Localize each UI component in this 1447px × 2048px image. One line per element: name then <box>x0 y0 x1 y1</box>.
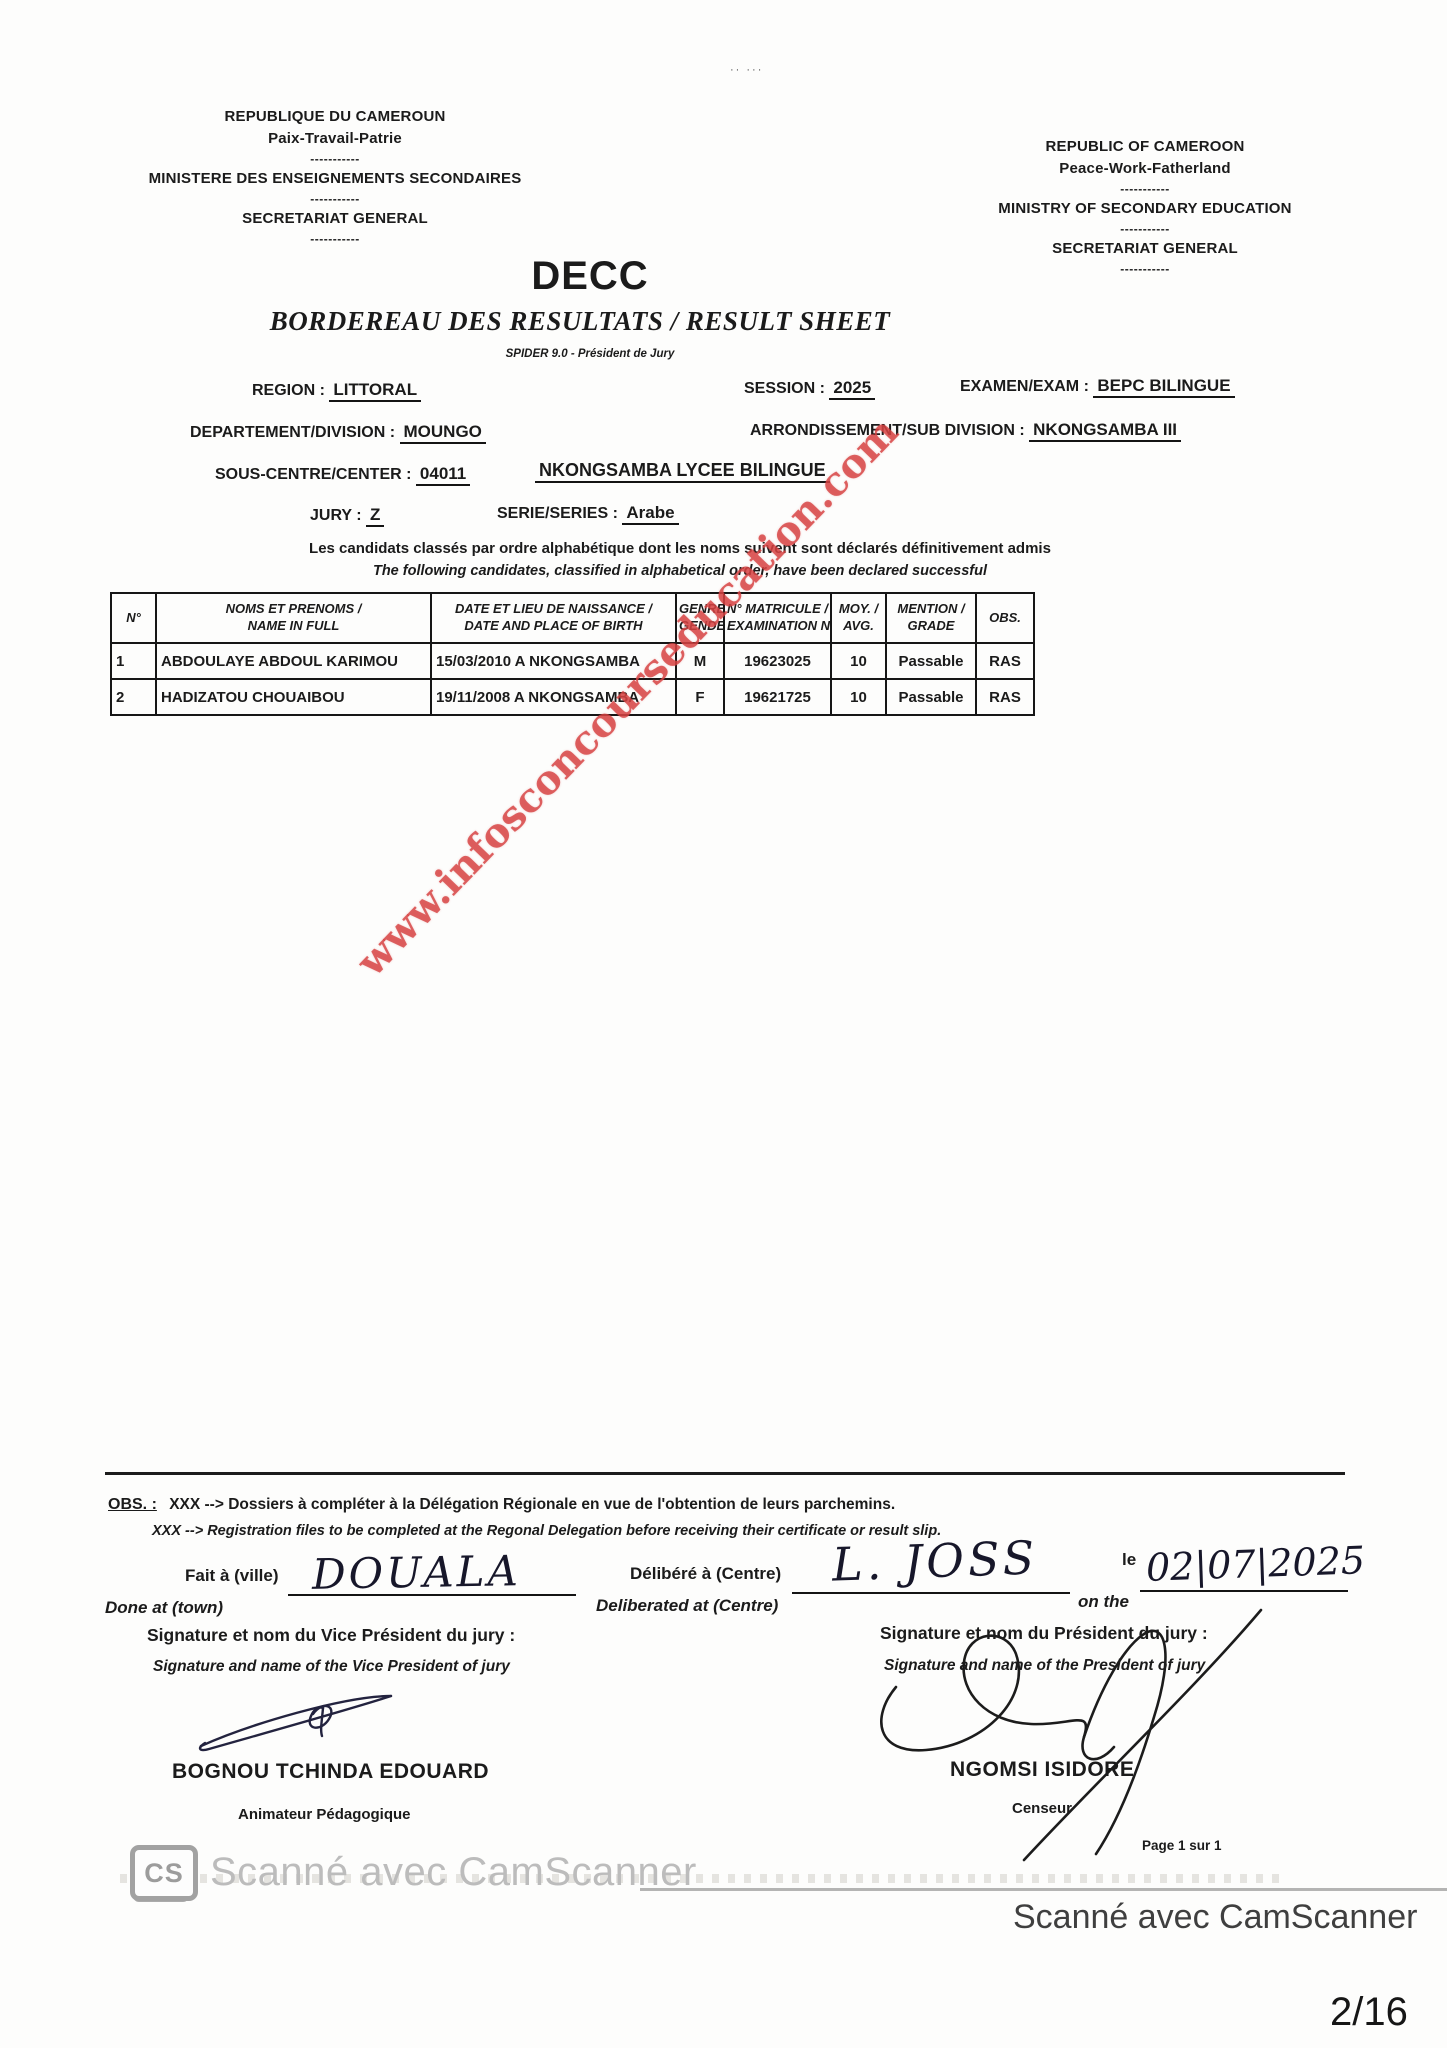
session-field: SESSION : 2025 <box>744 378 875 398</box>
exam-field: EXAMEN/EXAM : BEPC BILINGUE <box>960 376 1235 396</box>
obs-note-fr: OBS. : XXX --> Dossiers à compléter à la… <box>108 1496 895 1514</box>
cell-avg: 10 <box>831 679 886 715</box>
exam-board-acronym: DECC <box>430 254 750 299</box>
deliberated-label-en: Deliberated at (Centre) <box>596 1596 778 1616</box>
vice-president-title-fr: Signature et nom du Vice Président du ju… <box>147 1625 515 1646</box>
document-title: BORDEREAU DES RESULTATS / RESULT SHEET <box>230 306 930 337</box>
separator: ----------- <box>105 230 565 248</box>
camscanner-logo-icon: CS <box>130 1845 198 1901</box>
document-subtitle: SPIDER 9.0 - Président de Jury <box>390 348 790 360</box>
region-field: REGION : LITTORAL <box>252 380 421 400</box>
division-field: DEPARTEMENT/DIVISION : MOUNGO <box>190 422 486 442</box>
page-indicator: 2/16 <box>1330 1990 1408 2035</box>
done-at-handwritten-value: DOUALA <box>312 1546 522 1599</box>
obs-label: OBS. : <box>108 1496 157 1513</box>
camscanner-label-left: Scanné avec CamScanner <box>210 1850 697 1895</box>
cell-num: 2 <box>111 679 156 715</box>
obs-note-en: XXX --> Registration files to be complet… <box>152 1523 941 1539</box>
done-at-label-en: Done at (town) <box>105 1598 223 1618</box>
separator: ----------- <box>930 220 1360 238</box>
center-name-field: NKONGSAMBA LYCEE BILINGUE <box>535 460 830 481</box>
country-en: REPUBLIC OF CAMEROON <box>930 136 1360 158</box>
table-row: 1 ABDOULAYE ABDOUL KARIMOU 15/03/2010 A … <box>111 643 1034 679</box>
admission-notice-en: The following candidates, classified in … <box>230 563 1130 579</box>
jury-value: Z <box>366 505 384 527</box>
separator: ----------- <box>105 150 565 168</box>
session-label: SESSION : <box>744 380 825 397</box>
cell-grade: Passable <box>886 679 976 715</box>
center-label: SOUS-CENTRE/CENTER : <box>215 466 411 483</box>
session-value: 2025 <box>829 378 875 400</box>
series-label: SERIE/SERIES : <box>497 505 618 522</box>
done-at-label-fr: Fait à (ville) <box>185 1566 279 1586</box>
admission-notice-fr: Les candidats classés par ordre alphabét… <box>230 540 1130 557</box>
col-header-avg-fr: MOY. / <box>834 601 883 618</box>
deliberated-line <box>792 1592 1070 1594</box>
subdivision-value: NKONGSAMBA III <box>1029 420 1181 442</box>
jury-field: JURY : Z <box>310 505 384 525</box>
cell-avg: 10 <box>831 643 886 679</box>
motto-fr: Paix-Travail-Patrie <box>105 128 565 150</box>
vice-president-role: Animateur Pédagogique <box>238 1806 411 1823</box>
secretariat-fr: SECRETARIAT GENERAL <box>105 208 565 230</box>
col-header-grade-fr: MENTION / <box>889 601 973 618</box>
vice-president-name: BOGNOU TCHINDA EDOUARD <box>172 1760 489 1784</box>
cell-matricule: 19621725 <box>724 679 831 715</box>
vice-president-signature-icon <box>195 1686 410 1758</box>
separator: ----------- <box>930 180 1360 198</box>
country-fr: REPUBLIQUE DU CAMEROUN <box>105 106 565 128</box>
secretariat-en: SECRETARIAT GENERAL <box>930 238 1360 260</box>
col-header-name-en: NAME IN FULL <box>159 618 428 635</box>
center-code: 04011 <box>416 464 470 486</box>
camscanner-label-right: Scanné avec CamScanner <box>1013 1898 1417 1937</box>
separator: ----------- <box>105 190 565 208</box>
vice-president-title-en: Signature and name of the Vice President… <box>153 1658 510 1676</box>
deliberated-handwritten-value: L. JOSS <box>831 1530 1039 1591</box>
president-title-fr: Signature et nom du Président du jury : <box>880 1623 1208 1644</box>
letterhead-english: REPUBLIC OF CAMEROON Peace-Work-Fatherla… <box>930 136 1360 278</box>
date-line <box>1140 1590 1348 1592</box>
col-header-birth-fr: DATE ET LIEU DE NAISSANCE / <box>434 601 673 618</box>
president-name: NGOMSI ISIDORE <box>950 1758 1134 1782</box>
col-header-birth-en: DATE AND PLACE OF BIRTH <box>434 618 673 635</box>
center-field: SOUS-CENTRE/CENTER : 04011 <box>215 464 470 484</box>
cell-obs: RAS <box>976 679 1034 715</box>
cell-obs: RAS <box>976 643 1034 679</box>
cell-name: ABDOULAYE ABDOUL KARIMOU <box>156 643 431 679</box>
deliberated-label-fr: Délibéré à (Centre) <box>630 1564 781 1584</box>
subdivision-field: ARRONDISSEMENT/SUB DIVISION : NKONGSAMBA… <box>750 420 1181 440</box>
obs-text-fr: XXX --> Dossiers à compléter à la Déléga… <box>169 1496 895 1513</box>
ministry-fr: MINISTERE DES ENSEIGNEMENTS SECONDAIRES <box>105 168 565 190</box>
region-label: REGION : <box>252 382 325 399</box>
jury-label: JURY : <box>310 507 362 524</box>
series-field: SERIE/SERIES : Arabe <box>497 503 679 523</box>
date-label-en: on the <box>1078 1592 1129 1612</box>
col-header-grade: MENTION / GRADE <box>886 593 976 643</box>
page-note: Page 1 sur 1 <box>1142 1838 1222 1853</box>
date-handwritten-value: 02|07|2025 <box>1145 1538 1365 1590</box>
cell-name: HADIZATOU CHOUAIBOU <box>156 679 431 715</box>
col-header-name: NOMS ET PRENOMS / NAME IN FULL <box>156 593 431 643</box>
date-label-fr: le <box>1122 1550 1136 1570</box>
cell-matricule: 19623025 <box>724 643 831 679</box>
cell-grade: Passable <box>886 643 976 679</box>
exam-label: EXAMEN/EXAM : <box>960 378 1089 395</box>
center-name: NKONGSAMBA LYCEE BILINGUE <box>535 460 830 483</box>
col-header-birth: DATE ET LIEU DE NAISSANCE / DATE AND PLA… <box>431 593 676 643</box>
scan-bottom-edge <box>640 1888 1447 1891</box>
president-role: Censeur <box>1012 1800 1072 1817</box>
scanned-result-sheet-page: REPUBLIQUE DU CAMEROUN Paix-Travail-Patr… <box>0 0 1447 2048</box>
cell-gender: F <box>676 679 724 715</box>
col-header-num: N° <box>111 593 156 643</box>
col-header-avg-en: AVG. <box>834 618 883 635</box>
president-title-en: Signature and name of the President of j… <box>884 1657 1205 1675</box>
scan-smudge: ·· ··· <box>730 64 763 76</box>
region-value: LITTORAL <box>329 380 421 402</box>
letterhead-french: REPUBLIQUE DU CAMEROUN Paix-Travail-Patr… <box>105 106 565 248</box>
exam-value: BEPC BILINGUE <box>1093 376 1234 398</box>
division-label: DEPARTEMENT/DIVISION : <box>190 424 395 441</box>
separator: ----------- <box>930 260 1360 278</box>
col-header-matricule-en: EXAMINATION N° <box>727 618 828 635</box>
results-table-header-row: N° NOMS ET PRENOMS / NAME IN FULL DATE E… <box>111 593 1034 643</box>
ministry-en: MINISTRY OF SECONDARY EDUCATION <box>930 198 1360 220</box>
horizontal-divider <box>105 1472 1345 1475</box>
cell-num: 1 <box>111 643 156 679</box>
col-header-avg: MOY. / AVG. <box>831 593 886 643</box>
series-value: Arabe <box>622 503 678 525</box>
col-header-name-fr: NOMS ET PRENOMS / <box>159 601 428 618</box>
col-header-grade-en: GRADE <box>889 618 973 635</box>
division-value: MOUNGO <box>400 422 486 444</box>
col-header-obs: OBS. <box>976 593 1034 643</box>
table-row: 2 HADIZATOU CHOUAIBOU 19/11/2008 A NKONG… <box>111 679 1034 715</box>
results-table: N° NOMS ET PRENOMS / NAME IN FULL DATE E… <box>110 592 1035 716</box>
motto-en: Peace-Work-Fatherland <box>930 158 1360 180</box>
